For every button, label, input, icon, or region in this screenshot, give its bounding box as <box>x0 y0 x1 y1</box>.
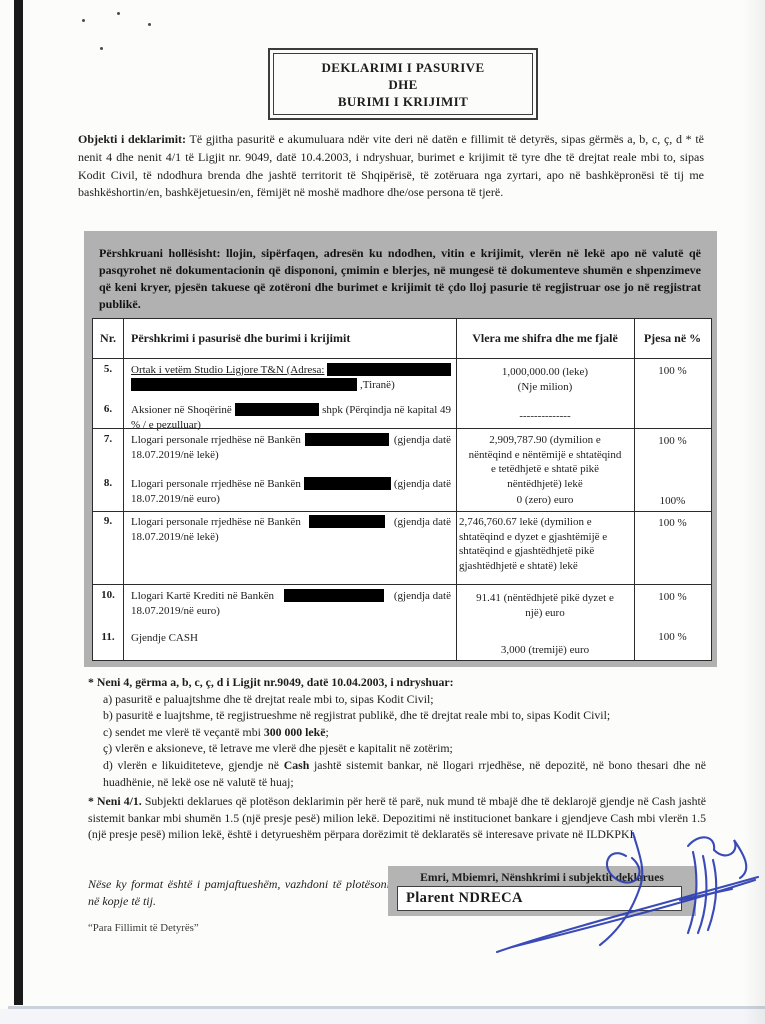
description-text: 18.07.2019/në euro) <box>131 492 451 507</box>
row-share: 100 % <box>636 365 709 377</box>
row-share: 100 % <box>636 435 709 447</box>
footnote-heading: * Neni 4, gërma a, b, c, ç, d i Ligjit n… <box>88 674 706 691</box>
table-border-line <box>456 319 457 660</box>
redaction-box <box>131 378 357 391</box>
row-share: 100 % <box>636 591 709 603</box>
table-border-line <box>93 358 711 359</box>
instruction-lead: Përshkruani hollësisht: <box>99 246 221 260</box>
description-text: (gjendja datë <box>394 515 451 530</box>
title-line-2: DHE <box>274 76 532 93</box>
row-number: 8. <box>93 477 123 489</box>
row-number: 9. <box>93 515 123 527</box>
table-border-line <box>634 319 635 660</box>
footnote-item-c: c) sendet me vlerë të veçantë mbi 300 00… <box>88 724 706 741</box>
continuation-note: Nëse ky format është i pamjaftueshëm, va… <box>88 876 390 910</box>
form-phase-quote: “Para Fillimit të Detyrës” <box>88 922 199 934</box>
signature-stroke <box>698 856 706 933</box>
footnote-bold: Cash <box>284 758 310 772</box>
row-description: Llogari Kartë Krediti në Bankën(gjendja … <box>131 589 451 618</box>
footnote-text: ç) vlerën e aksioneve, të letrave me vle… <box>103 741 453 755</box>
row-value: 2,909,787.90 (dymilion e nëntëqind e nën… <box>459 433 631 491</box>
scan-background <box>0 1009 765 1024</box>
row-number: 11. <box>93 631 123 643</box>
description-text: % / e pezulluar) <box>131 418 451 433</box>
row-value: 91.41 (nëntëdhjetë pikë dyzet e një) eur… <box>459 591 631 620</box>
footnote-text: Subjekti deklarues që plotëson deklarimi… <box>88 794 706 841</box>
description-text: (gjendja datë <box>394 433 451 448</box>
row-description: Llogari personale rrjedhëse në Bankën(gj… <box>131 477 451 506</box>
signatory-name: Plarent NDRECA <box>406 890 523 907</box>
header-description: Përshkrimi i pasurisë dhe burimi i kriji… <box>131 331 350 346</box>
description-text: Aksioner në Shoqërinë <box>131 403 232 418</box>
row-description: Llogari personale rrjedhëse në Bankën(gj… <box>131 515 451 544</box>
declaration-object-paragraph: Objekti i deklarimit: Të gjitha pasuritë… <box>78 131 704 202</box>
signature-label: Emri, Mbiemri, Nënshkrimi i subjektit de… <box>392 871 692 884</box>
row-description: Gjendje CASH <box>131 631 451 646</box>
signatory-name-box: Plarent NDRECA <box>397 886 682 911</box>
footnote-item-a: a) pasuritë e paluajtshme dhe të drejtat… <box>88 691 706 708</box>
table-border-line <box>123 319 124 660</box>
row-value: 1,000,000.00 (leke) (Nje milion) <box>459 365 631 394</box>
title-line-1: DEKLARIMI I PASURIVE <box>274 59 532 76</box>
row-value: 3,000 (tremijë) euro <box>459 643 631 658</box>
row-share: 100 % <box>636 631 709 643</box>
footnote-text: ; <box>325 725 328 739</box>
description-text: Llogari Kartë Krediti në Bankën <box>131 589 274 604</box>
description-text: ,Tiranë) <box>360 378 395 393</box>
assets-table: Nr. Përshkrimi i pasurisë dhe burimi i k… <box>92 318 712 661</box>
footnotes: * Neni 4, gërma a, b, c, ç, d i Ligjit n… <box>88 674 706 843</box>
scan-speck <box>100 47 103 50</box>
footnote-bold: 300 000 lekë <box>264 725 326 739</box>
footnote-paragraph-neni41: * Neni 4/1. Subjekti deklarues që plotës… <box>88 793 706 843</box>
title-line-3: BURIMI I KRIJIMIT <box>274 93 532 110</box>
footnote-text: c) sendet me vlerë të veçantë mbi <box>103 725 264 739</box>
title-box: DEKLARIMI I PASURIVE DHE BURIMI I KRIJIM… <box>268 48 538 120</box>
description-text: 18.07.2019/në lekë) <box>131 530 451 545</box>
scanned-declaration-page: DEKLARIMI I PASURIVE DHE BURIMI I KRIJIM… <box>0 0 765 1024</box>
header-value: Vlera me shifra dhe me fjalë <box>456 331 634 346</box>
footnote-text: a) pasuritë e paluajtshme dhe të drejtat… <box>103 692 434 706</box>
paragraph-lead: Objekti i deklarimit: <box>78 132 186 146</box>
row-description: Aksioner në Shoqërinëshpk (Përqindja në … <box>131 403 451 432</box>
description-text: (gjendja datë <box>394 477 451 492</box>
redaction-box <box>327 363 451 376</box>
row-share: 100% <box>636 495 709 507</box>
header-nr: Nr. <box>93 319 123 358</box>
description-text: 18.07.2019/në lekë) <box>131 448 451 463</box>
scan-speck <box>148 23 151 26</box>
table-border-line <box>93 511 711 512</box>
redaction-box <box>284 589 384 602</box>
row-share: 100 % <box>636 517 709 529</box>
document-title: DEKLARIMI I PASURIVE DHE BURIMI I KRIJIM… <box>273 53 533 115</box>
footnote-text: d) vlerën e likuiditeteve, gjendje në <box>103 758 284 772</box>
signature-stroke <box>708 860 716 930</box>
row-description: Llogari personale rrjedhëse në Bankën(gj… <box>131 433 451 462</box>
row-number: 7. <box>93 433 123 445</box>
table-border-line <box>93 584 711 585</box>
page-right-shade <box>743 0 765 1024</box>
redaction-box <box>304 477 391 490</box>
footnote-item-d: d) vlerën e likuiditeteve, gjendje në Ca… <box>88 757 706 790</box>
description-text: Llogari personale rrjedhëse në Bankën <box>131 433 301 448</box>
footnote-item-b: b) pasuritë e luajtshme, të regjistruesh… <box>88 707 706 724</box>
scan-speck <box>117 12 120 15</box>
signature-stroke <box>688 837 746 878</box>
instruction-text: Përshkruani hollësisht: llojin, sipërfaq… <box>99 245 701 313</box>
row-number: 10. <box>93 589 123 601</box>
row-description: Ortak i vetëm Studio Ligjore T&N (Adresa… <box>131 363 451 392</box>
description-text: (gjendja datë <box>394 589 451 604</box>
description-text: Llogari personale rrjedhëse në Bankën <box>131 515 301 530</box>
row-number: 6. <box>93 403 123 415</box>
row-value: 0 (zero) euro <box>459 493 631 508</box>
redaction-box <box>305 433 389 446</box>
row-value: 2,746,760.67 lekë (dymilion e shtatëqind… <box>459 515 631 573</box>
footnote-item-ç: ç) vlerën e aksioneve, të letrave me vle… <box>88 740 706 757</box>
footnote-text: b) pasuritë e luajtshme, të regjistruesh… <box>103 708 610 722</box>
header-share: Pjesa në % <box>634 331 711 346</box>
row-value: -------------- <box>459 409 631 424</box>
redaction-box <box>309 515 385 528</box>
footnote-bold: * Neni 4/1. <box>88 794 142 808</box>
scan-speck <box>82 19 85 22</box>
scan-left-edge <box>14 0 23 1005</box>
description-text: Llogari personale rrjedhëse në Bankën <box>131 477 301 492</box>
description-text: 18.07.2019/në euro) <box>131 604 451 619</box>
description-text: Ortak i vetëm Studio Ligjore T&N (Adresa… <box>131 363 324 378</box>
row-number: 5. <box>93 363 123 375</box>
redaction-box <box>235 403 319 416</box>
description-text: shpk (Përqindja në kapital 49 <box>322 403 451 418</box>
